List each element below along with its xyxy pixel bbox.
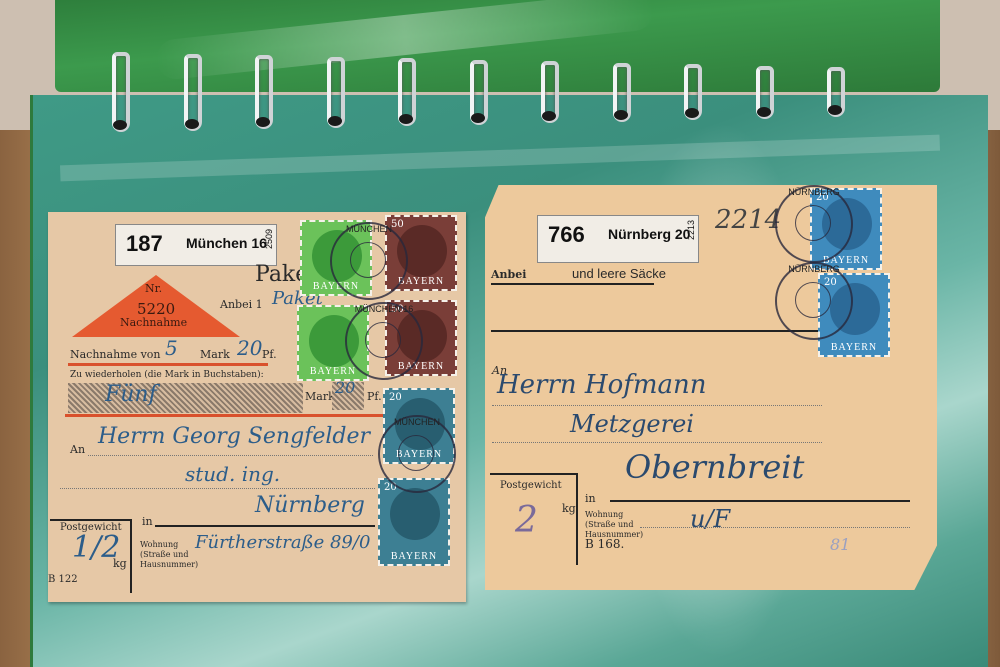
ring-hole xyxy=(614,110,628,120)
nachnahme-pf-value: 20 xyxy=(237,336,262,360)
label-city: Nürnberg 20 xyxy=(608,226,690,242)
ring-hole xyxy=(399,114,413,124)
recipient-line2: Metzgerei xyxy=(570,410,694,438)
form-code: B 122 xyxy=(48,574,78,585)
street-value: Fürtherstraße 89/0 xyxy=(195,532,370,553)
nachnahme-label: Nachnahme von xyxy=(70,348,161,361)
city-line xyxy=(610,500,910,502)
ring-hole xyxy=(328,116,342,126)
city-suffix: u/F xyxy=(690,505,730,533)
amount-words-field xyxy=(68,383,303,413)
wohnung-label: Wohnung (Straße und Hausnummer) xyxy=(585,510,640,540)
red-rule xyxy=(68,363,268,366)
pf-label: Pf. xyxy=(262,348,277,361)
pencil-number: 2214 xyxy=(715,205,781,235)
ring-hole xyxy=(685,108,699,118)
address-line xyxy=(88,455,373,456)
label-code: 2509 xyxy=(264,229,274,249)
postmark-munich-2: MÜNCHEN 16 xyxy=(345,302,423,380)
postmark-munich-1: MÜNCHEN xyxy=(330,222,408,300)
repeat-label: Zu wiederholen (die Mark in Buchstaben): xyxy=(70,370,264,380)
recipient-line1: Herrn Georg Sengfelder xyxy=(98,424,370,449)
repeat-value: Fünf xyxy=(105,382,157,407)
anbei-label: Anbei 1 xyxy=(220,298,263,311)
form-code: B 168. xyxy=(585,537,624,551)
kg-label: kg xyxy=(113,557,127,570)
in-label: in xyxy=(142,515,153,528)
ring-hole xyxy=(113,120,127,130)
anbei-text: und leere Säcke xyxy=(572,266,666,281)
mark2-label: Mark xyxy=(305,390,335,403)
pencil-note: 81 xyxy=(830,535,850,554)
address-line-2 xyxy=(492,442,822,443)
ring-hole xyxy=(757,107,771,117)
label-number: 187 xyxy=(126,231,163,257)
label-number: 766 xyxy=(548,222,585,248)
weight-value: 2 xyxy=(515,500,538,541)
ring-hole xyxy=(256,117,270,127)
triangle-text: Nachnahme xyxy=(120,316,187,329)
label-city: München 16 xyxy=(186,235,267,251)
kg-label: kg xyxy=(562,502,576,515)
address-line xyxy=(492,405,822,406)
in-label: in xyxy=(585,492,596,505)
ring-hole xyxy=(828,105,842,115)
triangle-nr: Nr. xyxy=(145,282,162,295)
nachnahme-mark-value: 5 xyxy=(165,336,178,360)
city-line xyxy=(155,525,375,527)
registration-label-right: 766 Nürnberg 20 2213 xyxy=(537,215,699,263)
registration-label-left: 187 München 16 2509 xyxy=(115,224,277,266)
postmark-nuremberg-2: NÜRNBERG xyxy=(775,262,853,340)
ring-hole xyxy=(542,111,556,121)
city-value: Obernbreit xyxy=(625,448,804,486)
mark-label: Mark xyxy=(200,348,230,361)
ring-hole xyxy=(185,119,199,129)
ring-hole xyxy=(471,113,485,123)
recipient-line2: stud. ing. xyxy=(185,462,280,486)
red-rule-2 xyxy=(65,414,385,417)
wohnung-label: Wohnung (Straße und Hausnummer) xyxy=(140,540,192,570)
label-code: 2213 xyxy=(686,220,696,240)
postmark-nuremberg-1: NÜRNBERG xyxy=(775,185,853,263)
postgewicht-label: Postgewicht xyxy=(500,480,562,491)
recipient-line1: Herrn Hofmann xyxy=(497,370,707,400)
rule-line xyxy=(491,330,821,332)
anbei-line xyxy=(491,283,654,285)
an-label: An xyxy=(70,443,85,456)
street-line xyxy=(640,527,910,528)
city-value: Nürnberg xyxy=(255,493,365,518)
postmark-munich-3: MÜNCHEN xyxy=(378,415,456,493)
anbei-label: Anbei xyxy=(491,268,526,281)
address-line-2 xyxy=(60,488,375,489)
pf2-label: Pf. xyxy=(367,390,382,403)
